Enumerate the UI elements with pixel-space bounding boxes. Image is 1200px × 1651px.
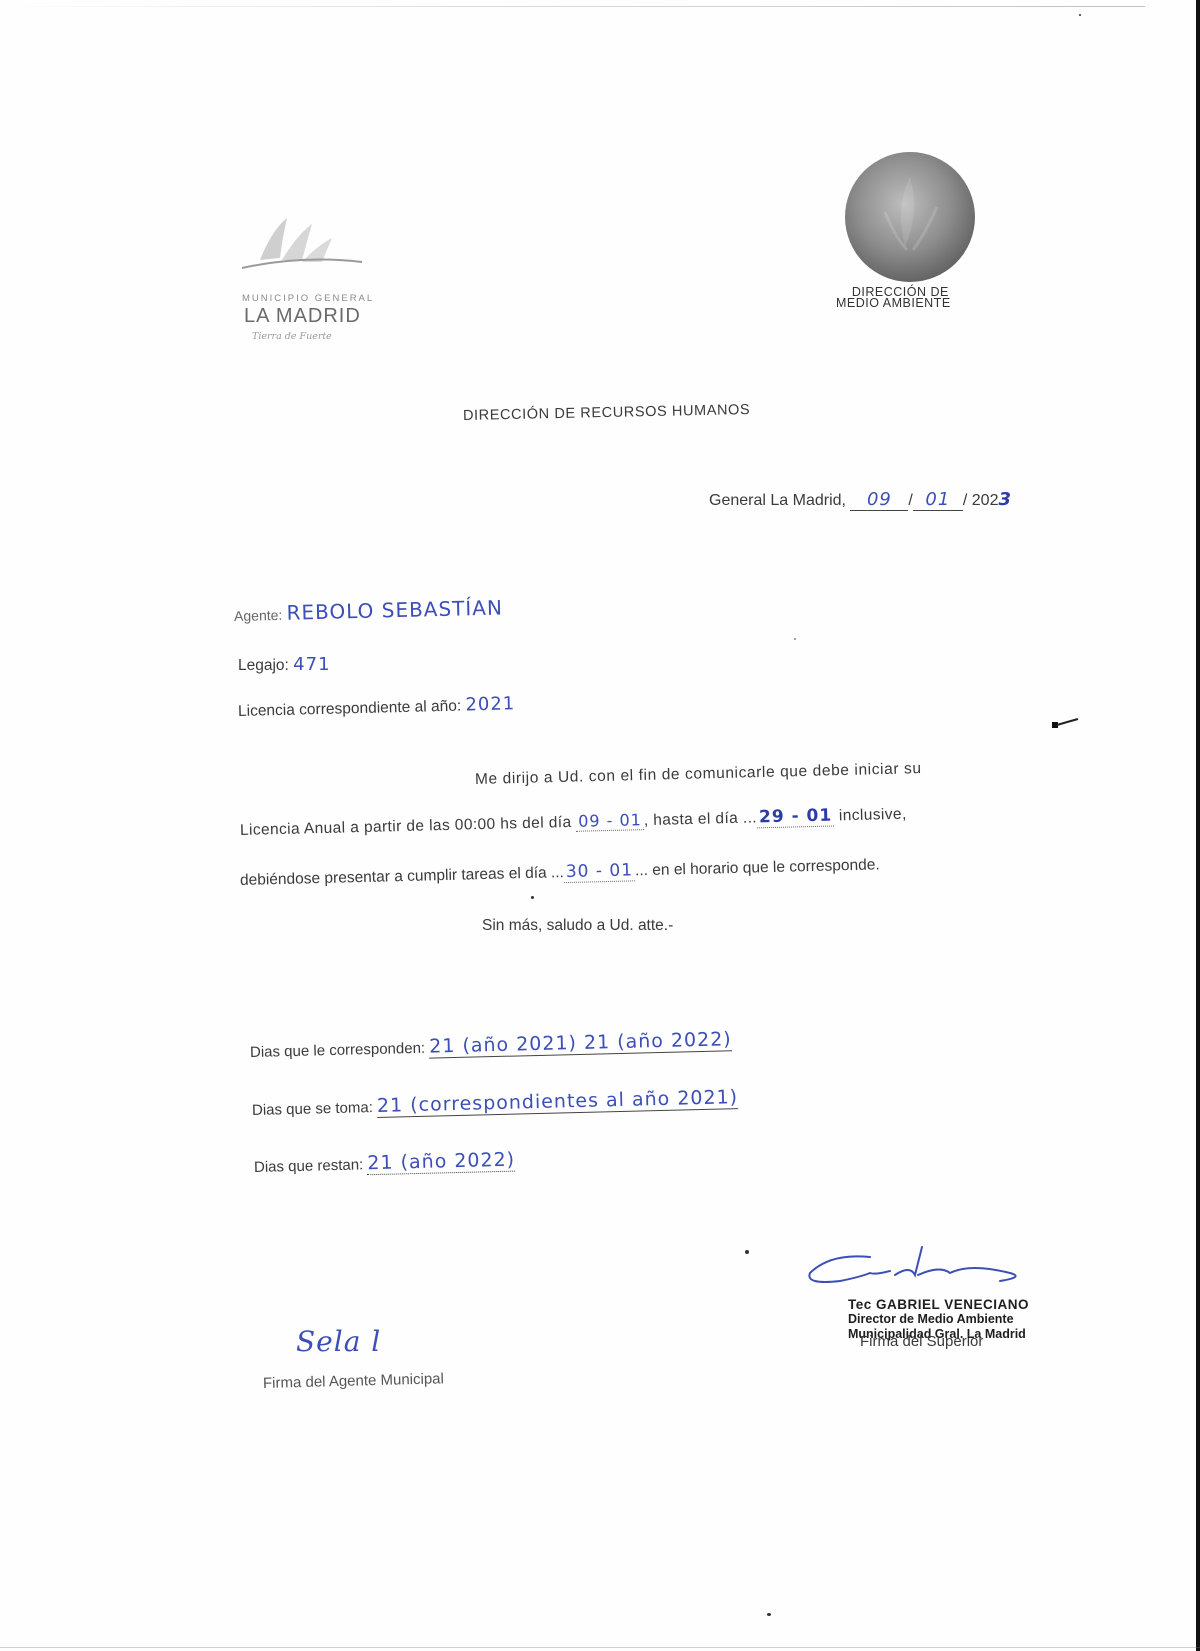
end-date: 29 - 01: [757, 805, 835, 828]
dias-restan-field: Dias que restan: 21 (año 2022): [254, 1149, 516, 1177]
stamp-line-name: Tec GABRIEL VENECIANO: [848, 1297, 1029, 1312]
closing-line: Sin más, saludo a Ud. atte.-: [482, 917, 673, 935]
legajo-label: Legajo:: [238, 657, 289, 674]
date-line: General La Madrid, 09/01/ 2023: [709, 489, 1011, 511]
return-date: 30 - 01: [564, 860, 636, 883]
agente-field: Agente: REBOLO SEBASTÍAN: [234, 595, 503, 626]
scan-speck: [794, 638, 796, 640]
legajo-value: 471: [293, 654, 330, 675]
document-page: MUNICIPIO GENERAL LA MADRID Tierra de Fu…: [0, 0, 1200, 1651]
date-month: 01: [913, 489, 963, 511]
dias-restan-label: Dias que restan:: [254, 1156, 364, 1176]
municipality-logo: MUNICIPIO GENERAL LA MADRID Tierra de Fu…: [222, 205, 402, 345]
licencia-field: Licencia correspondiente al año: 2021: [238, 693, 516, 721]
scan-speck: [767, 1613, 771, 1616]
dias-toma-field: Dias que se toma: 21 (correspondientes a…: [252, 1086, 739, 1120]
stamp-line-title: Director de Medio Ambiente: [848, 1312, 1029, 1327]
dias-toma-value: 21 (correspondientes al año 2021): [377, 1086, 739, 1118]
logo-top-text: MUNICIPIO GENERAL: [242, 293, 374, 304]
dias-corresponden-label: Dias que le corresponden:: [250, 1040, 425, 1061]
superior-signature-scribble: [800, 1235, 1040, 1295]
scan-edge: [0, 1647, 1200, 1648]
scan-speck: [531, 896, 534, 899]
body-line-2-text: Licencia Anual a partir de las 00:00 hs …: [240, 814, 572, 839]
scan-speck: [745, 1250, 749, 1254]
legajo-field: Legajo: 471: [238, 654, 331, 675]
agente-label: Agente:: [234, 607, 283, 624]
start-date: 09 - 01: [576, 810, 644, 832]
agente-value: REBOLO SEBASTÍAN: [286, 595, 503, 624]
date-year-digit: 3: [998, 489, 1011, 510]
scan-mark-icon: [1052, 718, 1082, 730]
seal-caption: DIRECCIÓN DE MEDIO AMBIENTE: [836, 287, 951, 309]
dias-restan-value: 21 (año 2022): [367, 1149, 515, 1176]
body-line-2-text: inclusive,: [839, 806, 907, 825]
scan-edge: [0, 6, 1145, 7]
date-day: 09: [850, 489, 908, 511]
leaf-emblem-icon: [845, 152, 975, 282]
logo-name: LA MADRID: [244, 305, 361, 328]
body-line-1: Me dirijo a Ud. con el fin de comunicarl…: [475, 760, 922, 789]
date-year-printed: 202: [972, 492, 999, 509]
agent-signature-label: Firma del Agente Municipal: [263, 1370, 444, 1392]
seal-caption-line2: MEDIO AMBIENTE: [836, 298, 951, 309]
logo-swoosh-icon: [242, 210, 362, 280]
body-line-3-text: ... en el horario que le corresponde.: [635, 856, 880, 879]
body-line-3-text: debiéndose presentar a cumplir tareas el…: [240, 864, 564, 889]
superior-signature-label: Firma del Superior: [860, 1333, 983, 1350]
document-title: DIRECCIÓN DE RECURSOS HUMANOS: [463, 402, 751, 424]
dias-corresponden-value: 21 (año 2021) 21 (año 2022): [429, 1028, 732, 1058]
body-line-2-text: , hasta el día ...: [644, 809, 758, 829]
dias-toma-label: Dias que se toma:: [252, 1099, 373, 1119]
dias-corresponden-field: Dias que le corresponden: 21 (año 2021) …: [250, 1028, 732, 1062]
date-prefix: General La Madrid,: [709, 492, 846, 509]
scan-edge: [1196, 0, 1200, 1651]
scan-speck: [1079, 14, 1081, 16]
agent-signature: Sela l: [296, 1325, 381, 1358]
licencia-label: Licencia correspondiente al año:: [238, 698, 462, 720]
body-line-2: Licencia Anual a partir de las 00:00 hs …: [240, 804, 907, 841]
licencia-value: 2021: [465, 693, 515, 715]
body-line-3: debiéndose presentar a cumplir tareas el…: [240, 854, 880, 891]
logo-motto: Tierra de Fuerte: [252, 331, 332, 342]
date-sep: /: [963, 492, 967, 509]
medio-ambiente-seal: [845, 152, 975, 282]
